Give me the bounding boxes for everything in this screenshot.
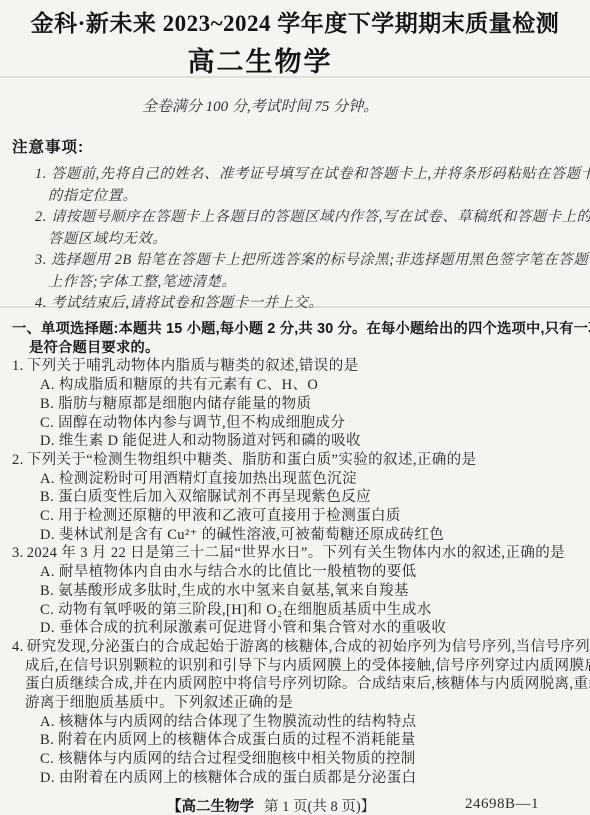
option: D.斐林试剂是含有 Cu²⁺ 的碱性溶液,可被葡萄糖还原成砖红色	[40, 526, 586, 545]
question-number: 3.	[12, 545, 24, 561]
notice-item-text: 选择题用 2B 铅笔在答题卡上把所选答案的标号涂黑;非选择题用黑色签字笔在答题卡	[51, 252, 590, 268]
question-stem-line: 1.下列关于哺乳动物体内脂质与糖类的叙述,错误的是	[12, 357, 586, 376]
option-text: 核糖体与内质网的结合过程受细胞核中相关物质的控制	[58, 751, 416, 767]
option-text: 构成脂质和糖原的共有元素有 C、H、O	[59, 377, 318, 393]
option-text: 固醇在动物体内参与调节,但不构成细胞成分	[58, 415, 345, 431]
subject-title: 高二生物学	[0, 40, 520, 79]
option-text: 蛋白质变性后加入双缩脲试剂不再呈现紫色反应	[58, 489, 371, 505]
option-text: 氨基酸形成多肽时,生成的水中氢来自氨基,氧来自羧基	[58, 583, 409, 599]
question-stem-line: 成后,在信号识别颗粒的识别和引导下与内质网膜上的受体接触,信号序列穿过内质网膜后…	[25, 657, 586, 676]
exam-paper-page: 金科·新未来 2023~2024 学年度下学期期末质量检测 高二生物学 全卷满分…	[0, 0, 590, 815]
option-label: D.	[40, 770, 55, 786]
footer-page-number: 第 1 页(共 8 页)】	[264, 799, 375, 815]
option-label: A.	[40, 714, 55, 730]
notice-item-number: 1.	[35, 166, 47, 182]
exam-title: 金科·新未来 2023~2024 学年度下学期期末质量检测	[0, 5, 590, 38]
notice-item-line: 的指定位置。	[48, 186, 582, 208]
option-text: 脂肪与糖原都是细胞内储存能量的物质	[58, 396, 311, 412]
option: D.垂体合成的抗利尿激素可促进肾小管和集合管对水的重吸收	[40, 619, 586, 638]
question-number: 4.	[12, 639, 24, 655]
notice-item-line: 答题区域均无效。	[48, 229, 582, 251]
option-label: C.	[40, 751, 54, 767]
option-text: 垂体合成的抗利尿激素可促进肾小管和集合管对水的重吸收	[59, 620, 446, 636]
option: D.维生素 D 能促进人和动物肠道对钙和磷的吸收	[40, 432, 586, 451]
footer-subject-label: 【高二生物学	[167, 799, 254, 815]
question-number: 1.	[12, 358, 24, 374]
footer-page-label: 【高二生物学第 1 页(共 8 页)】	[167, 795, 375, 815]
option: D.由附着在内质网上的核糖体合成的蛋白质都是分泌蛋白	[40, 769, 586, 788]
section-heading-line: 一、单项选择题:本题共 15 小题,每小题 2 分,共 30 分。在每小题给出的…	[12, 320, 586, 339]
option: C.用于检测还原糖的甲液和乙液可直接用于检测蛋白质	[40, 507, 586, 526]
question-stem-line: 蛋白质继续合成,并在内质网腔中将信号序列切除。合成结束后,核糖体与内质网脱离,重…	[25, 675, 586, 694]
notice-item-line: 上作答;字体工整,笔迹清楚。	[48, 272, 582, 294]
notice-item-line: 4.考试结束后,请将试卷和答题卡一并上交。	[35, 293, 582, 315]
option-label: A.	[40, 471, 55, 487]
option-text: 检测淀粉时可用酒精灯直接加热出现蓝色沉淀	[59, 471, 357, 487]
notice-item-number: 2.	[35, 209, 47, 225]
option-label: C.	[40, 415, 54, 431]
option-text: 附着在内质网上的核糖体合成蛋白质的过程不消耗能量	[58, 732, 416, 748]
option: A.检测淀粉时可用酒精灯直接加热出现蓝色沉淀	[40, 470, 586, 489]
questions-section: 一、单项选择题:本题共 15 小题,每小题 2 分,共 30 分。在每小题给出的…	[12, 320, 586, 788]
option-label: D.	[40, 433, 55, 449]
option: C.动物有氧呼吸的第三阶段,[H]和 O₂在细胞质基质中生成水	[40, 601, 586, 620]
option-label: C.	[40, 508, 54, 524]
notice-item-text: 答题区域均无效。	[48, 231, 167, 247]
option-text: 耐旱植物体内自由水与结合水的比值比一般植物的要低	[59, 564, 417, 580]
option-label: B.	[40, 489, 54, 505]
option: B.蛋白质变性后加入双缩脲试剂不再呈现紫色反应	[40, 488, 586, 507]
option-label: B.	[40, 732, 54, 748]
notice-item-text: 请按题号顺序在答题卡上各题目的答题区域内作答,写在试卷、草稿纸和答题卡上的非	[51, 209, 590, 225]
option: C.核糖体与内质网的结合过程受细胞核中相关物质的控制	[40, 750, 586, 769]
option-label: D.	[40, 620, 55, 636]
notice-item-text: 答题前,先将自己的姓名、准考证号填写在试卷和答题卡上,并将条形码粘贴在答题卡上	[51, 166, 590, 182]
option-text: 维生素 D 能促进人和动物肠道对钙和磷的吸收	[59, 433, 361, 449]
section-heading-line: 是符合题目要求的。	[29, 339, 586, 358]
page-footer: 【高二生物学第 1 页(共 8 页)】 24698B—1	[0, 795, 590, 815]
question-stem-text: 成后,在信号识别颗粒的识别和引导下与内质网膜上的受体接触,信号序列穿过内质网膜后…	[25, 658, 590, 674]
question-stem-text: 下列关于哺乳动物体内脂质与糖类的叙述,错误的是	[27, 358, 359, 374]
option: B.脂肪与糖原都是细胞内储存能量的物质	[40, 395, 586, 414]
option: B.附着在内质网上的核糖体合成蛋白质的过程不消耗能量	[40, 731, 586, 750]
option-text: 斐林试剂是含有 Cu²⁺ 的碱性溶液,可被葡萄糖还原成砖红色	[59, 527, 444, 543]
footer-paper-code: 24698B—1	[465, 796, 539, 813]
question-stem-line: 3.2024 年 3 月 22 日是第三十二届“世界水日”。下列有关生物体内水的…	[12, 544, 586, 563]
notice-heading: 注意事项:	[12, 135, 582, 157]
notice-item-number: 4.	[35, 295, 47, 311]
notice-item-text: 上作答;字体工整,笔迹清楚。	[48, 274, 236, 290]
question-stem-text: 研究发现,分泌蛋白的合成起始于游离的核糖体,合成的初始序列为信号序列,当信号序列…	[27, 639, 590, 655]
option: A.核糖体与内质网的结合体现了生物膜流动性的结构特点	[40, 713, 586, 732]
notice-item-text: 的指定位置。	[48, 188, 137, 204]
option-text: 动物有氧呼吸的第三阶段,[H]和 O₂在细胞质基质中生成水	[58, 602, 432, 618]
notice-item-text: 考试结束后,请将试卷和答题卡一并上交。	[51, 295, 323, 311]
notice-item-line: 1.答题前,先将自己的姓名、准考证号填写在试卷和答题卡上,并将条形码粘贴在答题卡…	[35, 164, 582, 186]
option-label: B.	[40, 583, 54, 599]
question-stem-text: 下列关于“检测生物组织中糖类、脂肪和蛋白质”实验的叙述,正确的是	[27, 452, 477, 468]
option: B.氨基酸形成多肽时,生成的水中氢来自氨基,氧来自羧基	[40, 582, 586, 601]
option: A.构成脂质和糖原的共有元素有 C、H、O	[40, 376, 586, 395]
question-stem-line: 2.下列关于“检测生物组织中糖类、脂肪和蛋白质”实验的叙述,正确的是	[12, 451, 586, 470]
notice-item-line: 2.请按题号顺序在答题卡上各题目的答题区域内作答,写在试卷、草稿纸和答题卡上的非	[35, 207, 582, 229]
question-stem-text: 蛋白质继续合成,并在内质网腔中将信号序列切除。合成结束后,核糖体与内质网脱离,重…	[25, 676, 590, 692]
option-label: A.	[40, 377, 55, 393]
notice-item-number: 3.	[35, 252, 47, 268]
option-label: D.	[40, 527, 55, 543]
option-text: 核糖体与内质网的结合体现了生物膜流动性的结构特点	[59, 714, 417, 730]
option-label: A.	[40, 564, 55, 580]
notice-item-line: 3.选择题用 2B 铅笔在答题卡上把所选答案的标号涂黑;非选择题用黑色签字笔在答…	[35, 250, 582, 272]
option-label: C.	[40, 602, 54, 618]
question-stem-line: 4.研究发现,分泌蛋白的合成起始于游离的核糖体,合成的初始序列为信号序列,当信号…	[12, 638, 586, 657]
exam-info: 全卷满分 100 分,考试时间 75 分钟。	[0, 95, 520, 116]
option: C.固醇在动物体内参与调节,但不构成细胞成分	[40, 414, 586, 433]
option-text: 用于检测还原糖的甲液和乙液可直接用于检测蛋白质	[58, 508, 401, 524]
option-label: B.	[40, 396, 54, 412]
question-stem-text: 2024 年 3 月 22 日是第三十二届“世界水日”。下列有关生物体内水的叙述…	[27, 545, 565, 561]
notice-section: 注意事项: 1.答题前,先将自己的姓名、准考证号填写在试卷和答题卡上,并将条形码…	[12, 135, 582, 315]
question-stem-line: 游离于细胞质基质中。下列叙述正确的是	[25, 694, 586, 713]
option: A.耐旱植物体内自由水与结合水的比值比一般植物的要低	[40, 563, 586, 582]
option-text: 由附着在内质网上的核糖体合成的蛋白质都是分泌蛋白	[59, 770, 417, 786]
question-stem-text: 游离于细胞质基质中。下列叙述正确的是	[25, 695, 293, 711]
question-number: 2.	[12, 452, 24, 468]
